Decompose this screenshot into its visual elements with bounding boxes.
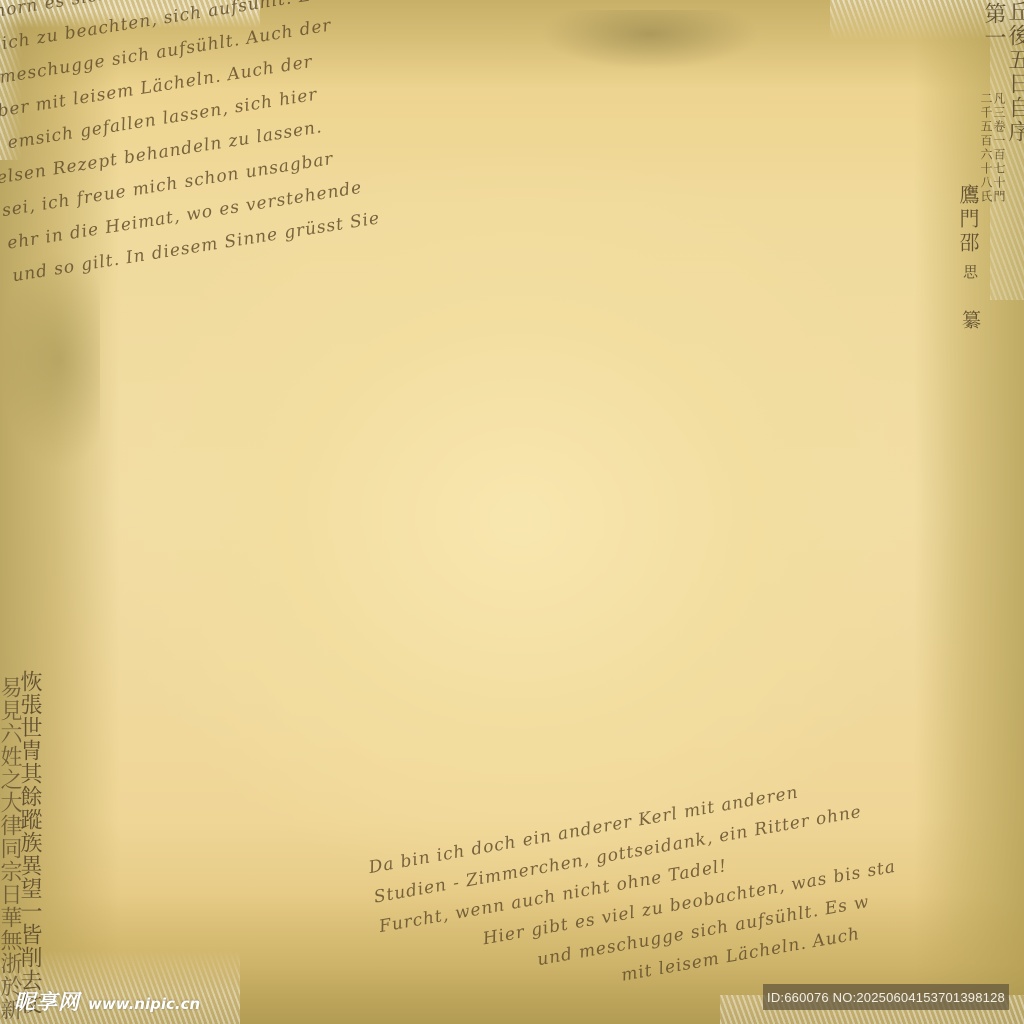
top-smudge bbox=[540, 10, 760, 70]
cjk-signature-3: 纂 bbox=[960, 310, 979, 329]
parchment-background: u morn es sich zu beachten, was s sich z… bbox=[0, 0, 1024, 1024]
watermark-id-label: ID:660076 NO:20250604153701398128 bbox=[763, 984, 1009, 1010]
right-edge-shadow bbox=[914, 0, 1024, 1024]
cjk-column-top-right-inner: 第一 bbox=[982, 2, 1004, 50]
handwriting-top-left: u morn es sich zu beachten, was s sich z… bbox=[0, 0, 383, 293]
watermark-logo: 昵享网 www.nipic.cn bbox=[14, 986, 200, 1016]
watermark-url: www.nipic.cn bbox=[88, 995, 200, 1013]
cjk-small-column-1: 凡三卷一百七十門 bbox=[993, 92, 1005, 204]
cjk-column-top-right-outer: 丘後五日自序 bbox=[1006, 0, 1024, 144]
cjk-signature: 鷹門邵 bbox=[958, 184, 978, 256]
watermark-brand: 昵享网 bbox=[14, 986, 80, 1016]
cjk-small-column-2: 二千五百六十八氏 bbox=[980, 92, 992, 204]
cjk-signature-2: 思 bbox=[962, 264, 977, 279]
cjk-column-bottom-left-2: 易見六姓之大律同宗日華無浙於新 bbox=[0, 676, 20, 1021]
